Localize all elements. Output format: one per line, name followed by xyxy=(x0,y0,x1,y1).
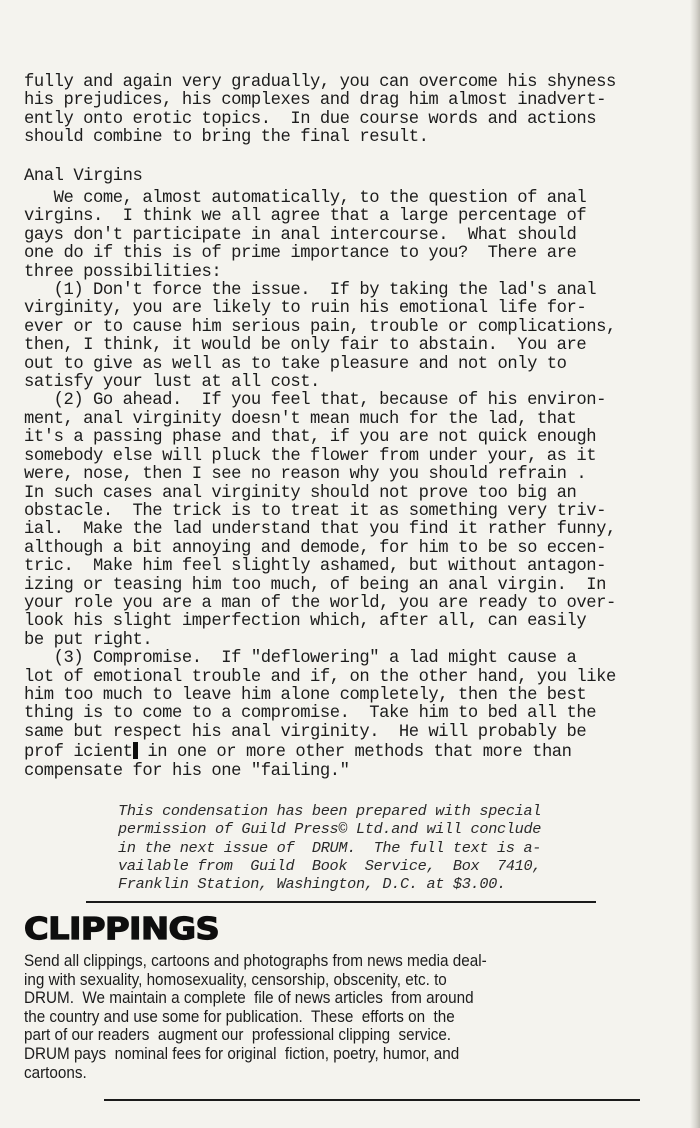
clippings-line: the country and use some for publication… xyxy=(24,1008,455,1026)
page-edge-shadow xyxy=(690,0,700,1128)
body-line: obstacle. The trick is to treat it as so… xyxy=(24,502,606,521)
clippings-body: Send all clippings, cartoons and photogr… xyxy=(24,952,487,1082)
note-line: in the next issue of DRUM. The full text… xyxy=(118,839,541,857)
body-line: ial. Make the lad understand that you fi… xyxy=(24,520,616,539)
intro-line: ently onto erotic topics. In due course … xyxy=(24,110,596,129)
body-line: (2) Go ahead. If you feel that, because … xyxy=(24,391,606,410)
body-line: gays don't participate in anal intercour… xyxy=(24,226,576,245)
body-line: (1) Don't force the issue. If by taking … xyxy=(24,281,596,300)
body-line: prof icient xyxy=(24,743,133,762)
intro-line: fully and again very gradually, you can … xyxy=(24,73,616,92)
clippings-line: part of our readers augment our professi… xyxy=(24,1026,451,1044)
article-intro: fully and again very gradually, you can … xyxy=(24,74,616,148)
body-line: lot of emotional trouble and if, on the … xyxy=(24,668,616,687)
body-line: look his slight imperfection which, afte… xyxy=(24,612,586,631)
body-line: be put right. xyxy=(24,631,152,650)
body-line: ment, anal virginity doesn't mean much f… xyxy=(24,410,576,429)
intro-line: should combine to bring the final result… xyxy=(24,128,428,147)
body-line: (3) Compromise. If "deflowering" a lad m… xyxy=(24,649,576,668)
divider-rule xyxy=(86,901,596,903)
note-line: Franklin Station, Washington, D.C. at $3… xyxy=(118,875,506,893)
clippings-heading: CLIPPINGS xyxy=(24,913,219,947)
body-line: thing is to come to a compromise. Take h… xyxy=(24,704,596,723)
body-line: then, I think, it would be only fair to … xyxy=(24,336,586,355)
body-line: one do if this is of prime importance to… xyxy=(24,244,576,263)
clippings-line: Send all clippings, cartoons and photogr… xyxy=(24,952,487,970)
body-line: same but respect his anal virginity. He … xyxy=(24,723,586,742)
body-line: although a bit annoying and demode, for … xyxy=(24,539,606,558)
body-line: three possibilities: xyxy=(24,263,221,282)
body-line: virgins. I think we all agree that a lar… xyxy=(24,207,586,226)
body-line: tric. Make him feel slightly ashamed, bu… xyxy=(24,557,606,576)
body-line: in one or more other methods that more t… xyxy=(138,743,572,762)
section-heading: Anal Virgins xyxy=(24,168,142,186)
body-line: him too much to leave him alone complete… xyxy=(24,686,586,705)
clippings-line: cartoons. xyxy=(24,1064,87,1082)
body-line: virginity, you are likely to ruin his em… xyxy=(24,299,586,318)
body-line: were, nose, then I see no reason why you… xyxy=(24,465,586,484)
article-body: We come, almost automatically, to the qu… xyxy=(24,190,616,781)
clippings-line: DRUM pays nominal fees for original fict… xyxy=(24,1045,459,1063)
divider-rule xyxy=(104,1099,640,1101)
body-line: In such cases anal virginity should not … xyxy=(24,484,576,503)
body-line: izing or teasing him too much, of being … xyxy=(24,576,606,595)
body-line: out to give as well as to take pleasure … xyxy=(24,355,567,374)
clippings-line: DRUM. We maintain a complete file of new… xyxy=(24,989,474,1007)
note-line: vailable from Guild Book Service, Box 74… xyxy=(118,857,541,875)
note-line: permission of Guild Press© Ltd.and will … xyxy=(118,820,541,838)
body-line: compensate for his one "failing." xyxy=(24,762,350,781)
body-line: satisfy your lust at all cost. xyxy=(24,373,320,392)
condensation-note: This condensation has been prepared with… xyxy=(118,802,541,893)
intro-line: his prejudices, his complexes and drag h… xyxy=(24,91,606,110)
note-line: This condensation has been prepared with… xyxy=(118,802,541,820)
clippings-line: ing with sexuality, homosexuality, censo… xyxy=(24,971,447,989)
body-line: We come, almost automatically, to the qu… xyxy=(24,189,586,208)
body-line: somebody else will pluck the flower from… xyxy=(24,447,596,466)
body-line: it's a passing phase and that, if you ar… xyxy=(24,428,596,447)
body-line: your role you are a man of the world, yo… xyxy=(24,594,616,613)
body-line: ever or to cause him serious pain, troub… xyxy=(24,318,616,337)
